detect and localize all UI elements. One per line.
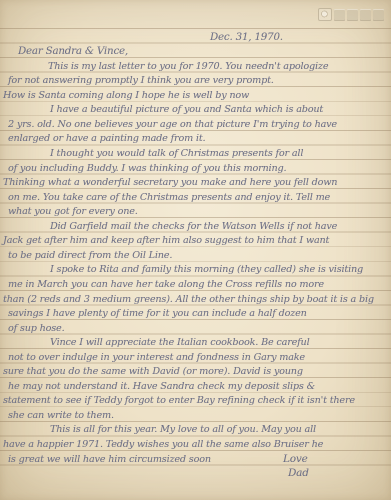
- letter-line-body: Thinking what a wonderful secretary you …: [3, 175, 337, 190]
- letter-body: Dec. 31, 1970.Dear Sandra & Vince,This i…: [0, 0, 391, 500]
- letter-line-body: than (2 reds and 3 medium greens). All t…: [3, 292, 374, 307]
- letter-line-body: Vince I will appreciate the Italian cook…: [50, 335, 310, 350]
- letter-line-signature: Dad: [288, 466, 309, 481]
- letter-line-body: what you got for every one.: [8, 204, 138, 219]
- letter-line-body: This is my last letter to you for 1970. …: [48, 59, 328, 74]
- letter-line-body: she can write to them.: [8, 408, 114, 423]
- letter-line-body: This is all for this year. My love to al…: [50, 422, 316, 437]
- letter-line-body: on me. You take care of the Christmas pr…: [8, 190, 330, 205]
- letter-line-body: to be paid direct from the Oil Line.: [8, 248, 172, 263]
- letter-line-body: I thought you would talk of Christmas pr…: [50, 146, 303, 161]
- letter-photo: Dec. 31, 1970.Dear Sandra & Vince,This i…: [0, 0, 391, 500]
- letter-line-body: for not answering promptly I think you a…: [8, 73, 274, 88]
- letter-line-body: How is Santa coming along I hope he is w…: [3, 88, 249, 103]
- letter-line-body: is great we will have him circumsized so…: [8, 452, 211, 467]
- letter-line-body: me in March you can have her take along …: [8, 277, 324, 292]
- letter-line-body: have a happier 1971. Teddy wishes you al…: [3, 437, 323, 452]
- letter-line-body: savings I have plenty of time for it you…: [8, 306, 307, 321]
- letter-line-body: 2 yrs. old. No one believes your age on …: [8, 117, 337, 132]
- letter-line-body: enlarged or have a painting made from it…: [8, 131, 205, 146]
- letter-line-body: Jack get after him and keep after him al…: [3, 233, 329, 248]
- letter-line-body: sure that you do the same with David (or…: [3, 364, 303, 379]
- letter-line-body: I have a beautiful picture of you and Sa…: [50, 102, 323, 117]
- letter-line-body: Did Garfield mail the checks for the Wat…: [50, 219, 337, 234]
- letter-line-date: Dec. 31, 1970.: [210, 30, 283, 45]
- letter-line-closing: Love: [283, 452, 308, 467]
- letter-line-body: of you including Buddy. I was thinking o…: [8, 161, 286, 176]
- letter-line-body: I spoke to Rita and family this morning …: [50, 262, 363, 277]
- letter-line-body: of sup hose.: [8, 321, 64, 336]
- letter-line-body: statement to see if Teddy forgot to ente…: [3, 393, 355, 408]
- letter-line-body: he may not understand it. Have Sandra ch…: [8, 379, 315, 394]
- letter-line-salutation: Dear Sandra & Vince,: [18, 44, 128, 59]
- letter-line-body: not to over indulge in your interest and…: [8, 350, 305, 365]
